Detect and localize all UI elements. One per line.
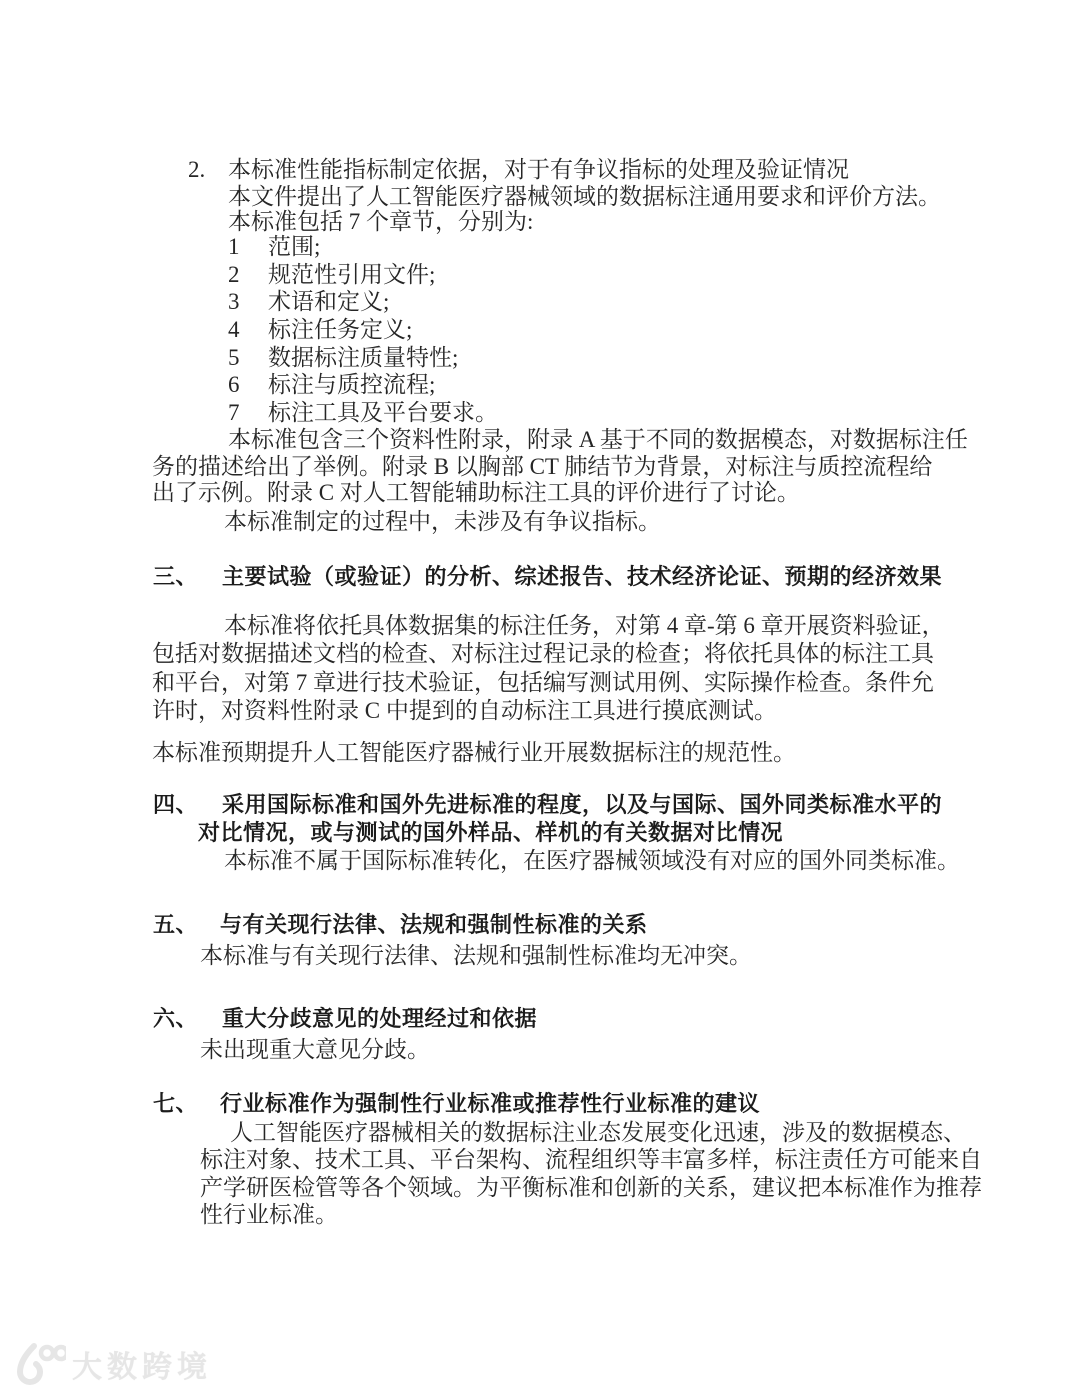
section7-title: 行业标准作为强制性行业标准或推荐性行业标准的建议 bbox=[220, 1090, 760, 1118]
section7-paragraph-line: 人工智能医疗器械相关的数据标注业态发展变化迅速，涉及的数据模态、 bbox=[230, 1119, 966, 1147]
section4-paragraph-line: 本标准不属于国际标准转化，在医疗器械领域没有对应的国外同类标准。 bbox=[224, 847, 960, 875]
section3-expectation-line: 本标准预期提升人工智能医疗器械行业开展数据标注的规范性。 bbox=[152, 739, 796, 767]
section3-paragraph-line: 包括对数据描述文档的检查、对标注过程记录的检查；将依托具体的标注工具 bbox=[152, 640, 934, 668]
chapter-item-label: 数据标注质量特性; bbox=[268, 344, 458, 372]
section3-paragraph-line: 本标准将依托具体数据集的标注任务，对第 4 章-第 6 章开展资料验证， bbox=[224, 612, 945, 640]
section7-paragraph-line: 标注对象、技术工具、平台架构、流程组织等丰富多样，标注责任方可能来自 bbox=[200, 1146, 982, 1174]
section3-paragraph-line: 许时，对资料性附录 C 中提到的自动标注工具进行摸底测试。 bbox=[152, 697, 777, 725]
section4-title-line1: 采用国际标准和国外先进标准的程度，以及与国际、国外同类标准水平的 bbox=[222, 791, 942, 819]
watermark-100-logo-icon bbox=[14, 1340, 66, 1388]
chapter-item-number: 3 bbox=[228, 288, 240, 316]
section3-title: 主要试验（或验证）的分析、综述报告、技术经济论证、预期的经济效果 bbox=[222, 563, 942, 591]
chapter-item-number: 5 bbox=[228, 344, 240, 372]
item2-title: 本标准性能指标制定依据，对于有争议指标的处理及验证情况 bbox=[228, 156, 849, 184]
section6-marker: 六、 bbox=[153, 1005, 198, 1033]
section7-paragraph-line: 性行业标准。 bbox=[200, 1201, 338, 1229]
dispute-paragraph-line: 本标准制定的过程中，未涉及有争议指标。 bbox=[224, 508, 661, 536]
section7-marker: 七、 bbox=[153, 1090, 198, 1118]
item2-chapters-lead: 本标准包括 7 个章节，分别为: bbox=[228, 208, 533, 236]
appendix-paragraph-line: 务的描述给出了举例。附录 B 以胸部 CT 肺结节为背景，对标注与质控流程给 bbox=[152, 453, 932, 481]
watermark: 大数跨境 bbox=[14, 1340, 212, 1388]
chapter-item-number: 1 bbox=[228, 233, 240, 261]
watermark-text: 大数跨境 bbox=[72, 1342, 212, 1386]
appendix-paragraph-line: 本标准包含三个资料性附录，附录 A 基于不同的数据模态，对数据标注任 bbox=[228, 426, 968, 454]
chapter-item-label: 标注与质控流程; bbox=[268, 371, 435, 399]
section3-marker: 三、 bbox=[153, 563, 198, 591]
chapter-item-number: 2 bbox=[228, 261, 240, 289]
item2-marker: 2. bbox=[188, 156, 205, 184]
section7-paragraph-line: 产学研医检管等各个领域。为平衡标准和创新的关系，建议把本标准作为推荐 bbox=[200, 1174, 982, 1202]
chapter-item-label: 术语和定义; bbox=[268, 288, 389, 316]
section4-marker: 四、 bbox=[153, 791, 198, 819]
document-page: 2. 本标准性能指标制定依据，对于有争议指标的处理及验证情况 本文件提出了人工智… bbox=[0, 0, 1080, 1397]
section4-title-line2: 对比情况，或与测试的国外样品、样机的有关数据对比情况 bbox=[198, 819, 783, 847]
section5-title: 与有关现行法律、法规和强制性标准的关系 bbox=[220, 911, 648, 939]
section5-marker: 五、 bbox=[153, 911, 198, 939]
chapter-item-label: 标注任务定义; bbox=[268, 316, 412, 344]
chapter-item-label: 规范性引用文件; bbox=[268, 261, 435, 289]
chapter-item-number: 7 bbox=[228, 399, 240, 427]
chapter-item-number: 4 bbox=[228, 316, 240, 344]
section6-paragraph-line: 未出现重大意见分歧。 bbox=[200, 1036, 430, 1064]
chapter-item-label: 标注工具及平台要求。 bbox=[268, 399, 498, 427]
section5-paragraph-line: 本标准与有关现行法律、法规和强制性标准均无冲突。 bbox=[200, 942, 752, 970]
section6-title: 重大分歧意见的处理经过和依据 bbox=[222, 1005, 537, 1033]
chapter-item-number: 6 bbox=[228, 371, 240, 399]
chapter-item-label: 范围; bbox=[268, 233, 320, 261]
section3-paragraph-line: 和平台，对第 7 章进行技术验证，包括编写测试用例、实际操作检查。条件允 bbox=[152, 669, 934, 697]
appendix-paragraph-line: 出了示例。附录 C 对人工智能辅助标注工具的评价进行了讨论。 bbox=[152, 479, 800, 507]
item2-intro-line: 本文件提出了人工智能医疗器械领域的数据标注通用要求和评价方法。 bbox=[228, 183, 941, 211]
